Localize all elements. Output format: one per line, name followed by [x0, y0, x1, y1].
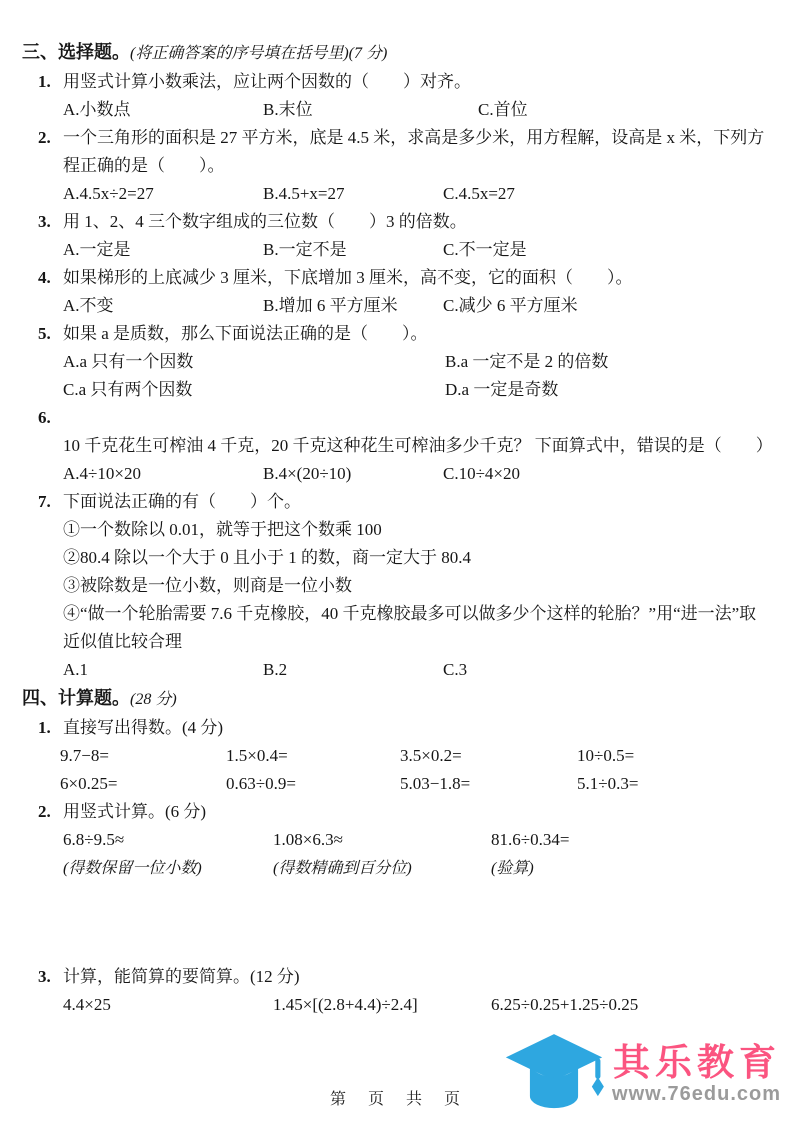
question-7-number: 7.: [38, 488, 63, 516]
question-7: 7.下面说法正确的有（ ）个。: [22, 488, 769, 516]
question-5-options-row1: A.a 只有一个因数B.a 一定不是 2 的倍数: [63, 348, 769, 376]
calc-q3-text: 计算，能简算的要简算。(12 分): [63, 967, 300, 986]
question-5-number: 5.: [38, 320, 63, 348]
simplify-expr: 1.45×[(2.8+4.4)÷2.4]: [273, 991, 491, 1019]
question-7-options: A.1B.2C.3: [63, 656, 769, 684]
oral-expr: 1.5×0.4=: [226, 742, 400, 770]
vert-expr: 6.8÷9.5≈: [63, 826, 273, 854]
question-2: 2.一个三角形的面积是 27 平方米，底是 4.5 米，求高是多少米，用方程解，…: [22, 124, 769, 180]
simplify-expr: 4.4×25: [63, 991, 273, 1019]
question-1-number: 1.: [38, 68, 63, 96]
simplify-expr: 6.25÷0.25+1.25÷0.25: [491, 991, 638, 1019]
question-6: 6.10 千克花生可榨油 4 千克，20 千克这种花生可榨油多少千克？ 下面算式…: [22, 404, 769, 460]
vert-note: (验算): [491, 855, 534, 883]
logo-text: 其乐教育 www.76edu.com: [612, 1043, 781, 1105]
question-3: 3.用 1、2、4 三个数字组成的三位数（ ）3 的倍数。: [22, 208, 769, 236]
option-a: A.4.5x÷2=27: [63, 180, 263, 208]
question-2-options: A.4.5x÷2=27B.4.5+x=27C.4.5x=27: [63, 180, 769, 208]
option-b: B.4.5+x=27: [263, 180, 443, 208]
option-a: A.不变: [63, 292, 263, 320]
calc-q3-title: 3.计算，能简算的要简算。(12 分): [22, 963, 769, 991]
option-b: B.末位: [263, 96, 478, 124]
section3-heading: 三、选择题。(将正确答案的序号填在括号里)(7 分): [22, 38, 769, 68]
calc-q2-number: 2.: [38, 798, 63, 826]
brand-site: www.76edu.com: [612, 1083, 781, 1105]
question-1: 1.用竖式计算小数乘法，应让两个因数的（ ）对齐。: [22, 68, 769, 96]
question-4-text: 如果梯形的上底减少 3 厘米，下底增加 3 厘米，高不变，它的面积（ ）。: [63, 268, 633, 287]
question-4-number: 4.: [38, 264, 63, 292]
vert-expr: 1.08×6.3≈: [273, 826, 491, 854]
oral-expr: 3.5×0.2=: [400, 742, 577, 770]
question-5-options-row2: C.a 只有两个因数D.a 一定是奇数: [63, 376, 769, 404]
vertical-calc-exprs: 6.8÷9.5≈1.08×6.3≈81.6÷0.34=: [63, 826, 769, 854]
oral-expr: 6×0.25=: [60, 770, 226, 798]
brand-name: 其乐教育: [613, 1043, 781, 1083]
work-space: [22, 883, 769, 963]
question-3-options: A.一定是B.一定不是C.不一定是: [63, 236, 769, 264]
question-2-text: 一个三角形的面积是 27 平方米，底是 4.5 米，求高是多少米，用方程解，设高…: [63, 128, 764, 175]
question-6-text: 10 千克花生可榨油 4 千克，20 千克这种花生可榨油多少千克？ 下面算式中，…: [63, 436, 773, 455]
option-a: A.小数点: [63, 96, 263, 124]
calc-q2-text: 用竖式计算。(6 分): [63, 802, 206, 821]
section3-title: 三、选择题。: [22, 42, 130, 62]
option-c: C.10÷4×20: [443, 460, 520, 488]
question-7-text: 下面说法正确的有（ ）个。: [63, 492, 301, 511]
option-a: A.一定是: [63, 236, 263, 264]
question-1-options: A.小数点B.末位C.首位: [63, 96, 769, 124]
question-1-text: 用竖式计算小数乘法，应让两个因数的（ ）对齐。: [63, 72, 471, 91]
vert-note: (得数保留一位小数): [63, 855, 273, 883]
option-c: C.4.5x=27: [443, 180, 515, 208]
vert-expr: 81.6÷0.34=: [491, 826, 569, 854]
question-4: 4.如果梯形的上底减少 3 厘米，下底增加 3 厘米，高不变，它的面积（ ）。: [22, 264, 769, 292]
question-6-number: 6.: [38, 404, 63, 432]
question-5: 5.如果 a 是质数，那么下面说法正确的是（ ）。: [22, 320, 769, 348]
calc-q1-number: 1.: [38, 714, 63, 742]
option-b: B.一定不是: [263, 236, 443, 264]
oral-expr: 5.03−1.8=: [400, 770, 577, 798]
question-2-number: 2.: [38, 124, 63, 152]
calc-q3-number: 3.: [38, 963, 63, 991]
option-a: A.a 只有一个因数: [63, 348, 445, 376]
section4-note: (28 分): [130, 691, 177, 708]
statement-2: ②80.4 除以一个大于 0 且小于 1 的数，商一定大于 80.4: [63, 544, 769, 572]
question-5-text: 如果 a 是质数，那么下面说法正确的是（ ）。: [63, 324, 428, 343]
calc-q2-title: 2.用竖式计算。(6 分): [22, 798, 769, 826]
calc-q1-title: 1.直接写出得数。(4 分): [22, 714, 769, 742]
section4-heading: 四、计算题。(28 分): [22, 684, 769, 714]
question-3-text: 用 1、2、4 三个数字组成的三位数（ ）3 的倍数。: [63, 212, 467, 231]
section3-note: (将正确答案的序号填在括号里)(7 分): [130, 45, 387, 62]
option-c: C.减少 6 平方厘米: [443, 292, 578, 320]
question-3-number: 3.: [38, 208, 63, 236]
statement-3: ③被除数是一位小数，则商是一位小数: [63, 572, 769, 600]
option-b: B.a 一定不是 2 的倍数: [445, 348, 608, 376]
question-4-options: A.不变B.增加 6 平方厘米C.减少 6 平方厘米: [63, 292, 769, 320]
oral-calc-row-2: 6×0.25=0.63÷0.9=5.03−1.8=5.1÷0.3=: [60, 770, 769, 798]
option-a: A.4÷10×20: [63, 460, 263, 488]
calc-q1-text: 直接写出得数。(4 分): [63, 718, 223, 737]
option-c: C.a 只有两个因数: [63, 376, 445, 404]
oral-calc-row-1: 9.7−8=1.5×0.4=3.5×0.2=10÷0.5=: [60, 742, 769, 770]
option-a: A.1: [63, 656, 263, 684]
option-c: C.首位: [478, 96, 528, 124]
option-c: C.3: [443, 656, 467, 684]
simplify-exprs: 4.4×251.45×[(2.8+4.4)÷2.4]6.25÷0.25+1.25…: [63, 991, 769, 1019]
option-c: C.不一定是: [443, 236, 527, 264]
statement-4: ④“做一个轮胎需要 7.6 千克橡胶，40 千克橡胶最多可以做多少个这样的轮胎？…: [63, 600, 769, 656]
oral-expr: 0.63÷0.9=: [226, 770, 400, 798]
question-6-options: A.4÷10×20B.4×(20÷10)C.10÷4×20: [63, 460, 769, 488]
option-d: D.a 一定是奇数: [445, 376, 558, 404]
brand-logo: 其乐教育 www.76edu.com: [502, 1030, 781, 1118]
vert-note: (得数精确到百分位): [273, 855, 491, 883]
oral-expr: 5.1÷0.3=: [577, 770, 638, 798]
option-b: B.2: [263, 656, 443, 684]
oral-expr: 9.7−8=: [60, 742, 226, 770]
statement-1: ①一个数除以 0.01，就等于把这个数乘 100: [63, 516, 769, 544]
exam-content: 三、选择题。(将正确答案的序号填在括号里)(7 分) 1.用竖式计算小数乘法，应…: [22, 38, 769, 1019]
graduation-cap-icon: [502, 1029, 606, 1120]
section4-title: 四、计算题。: [22, 688, 130, 708]
option-b: B.增加 6 平方厘米: [263, 292, 443, 320]
vertical-calc-notes: (得数保留一位小数)(得数精确到百分位)(验算): [63, 854, 769, 883]
option-b: B.4×(20÷10): [263, 460, 443, 488]
oral-expr: 10÷0.5=: [577, 742, 634, 770]
